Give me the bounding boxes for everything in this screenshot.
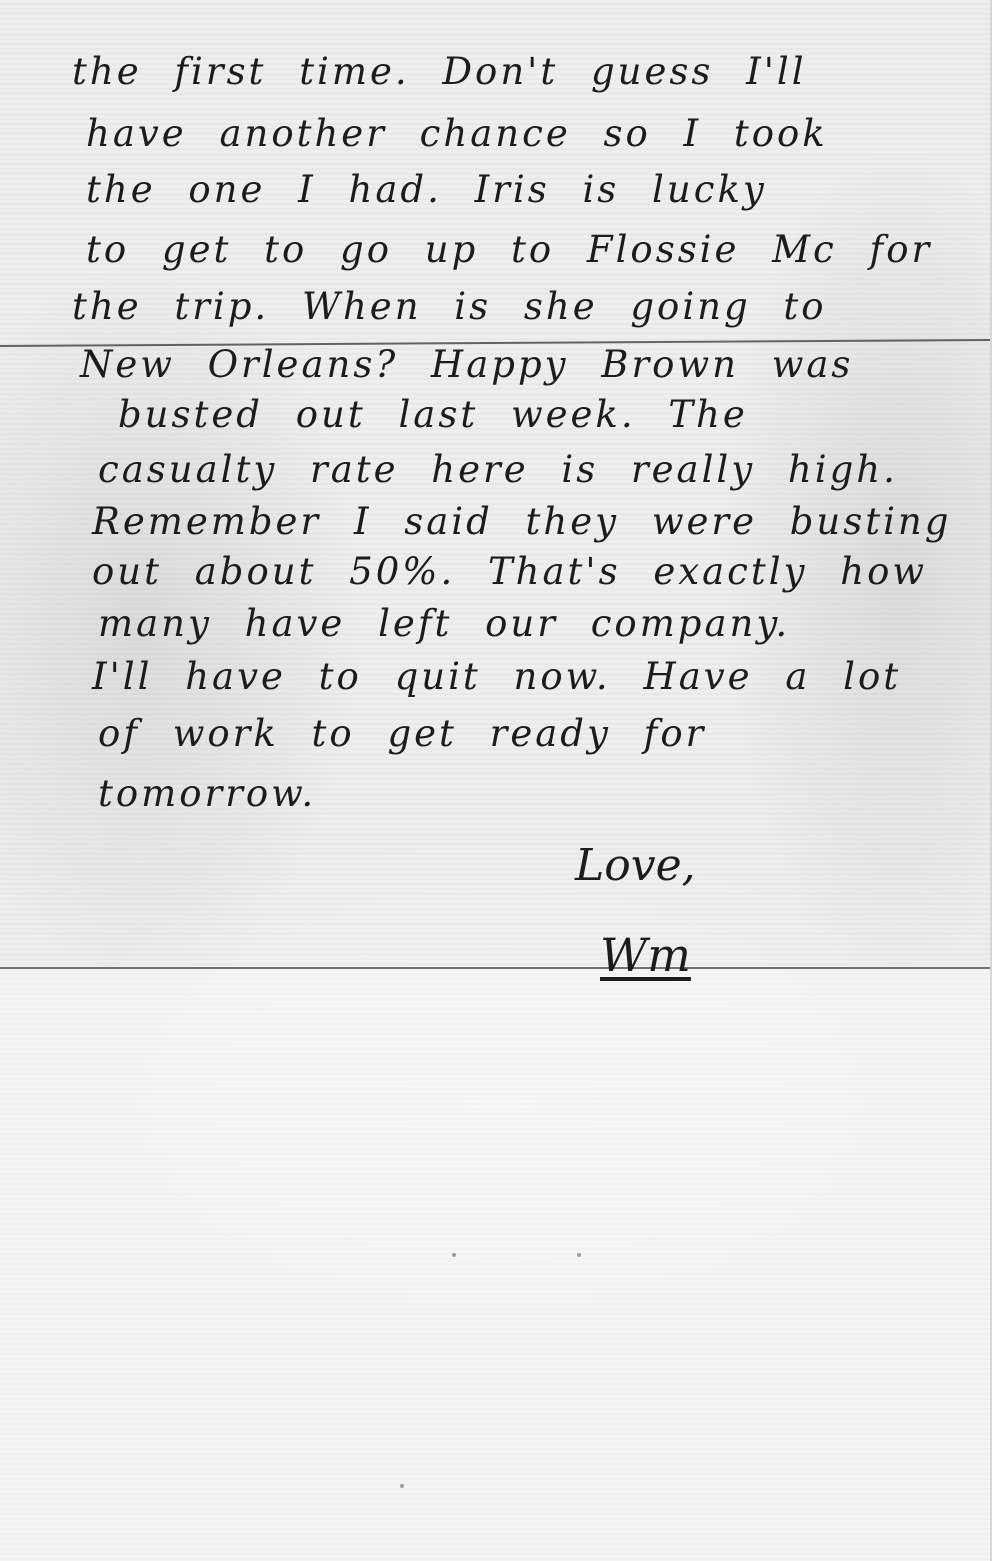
letter-line: the trip. When is she going to [72,285,827,328]
letter-line: tomorrow. [98,772,316,815]
letter-page: the first time. Don't guess I'll have an… [0,0,992,1561]
letter-line: I'll have to quit now. Have a lot [92,655,901,698]
letter-line: out about 50%. That's exactly how [92,550,927,593]
letter-line: many have left our company. [98,602,790,645]
paper-speck [577,1253,581,1257]
paper-speck [400,1484,404,1488]
letter-line: have another chance so I took [86,112,828,155]
letter-line: casualty rate here is really high. [98,448,898,491]
letter-line: New Orleans? Happy Brown was [80,343,853,386]
letter-line: of work to get ready for [98,712,706,755]
letter-line: to get to go up to Flossie Mc for [86,228,932,271]
lower-fold-panel [0,969,990,1561]
letter-line: the first time. Don't guess I'll [72,50,807,93]
fold-line-bottom [0,967,990,969]
letter-line: busted out last week. The [118,393,748,436]
letter-closing: Love, [575,840,696,891]
paper-speck [452,1253,456,1257]
letter-line: Remember I said they were busting [92,500,951,543]
letter-signature: Wm [600,928,691,982]
letter-line: the one I had. Iris is lucky [86,168,767,211]
